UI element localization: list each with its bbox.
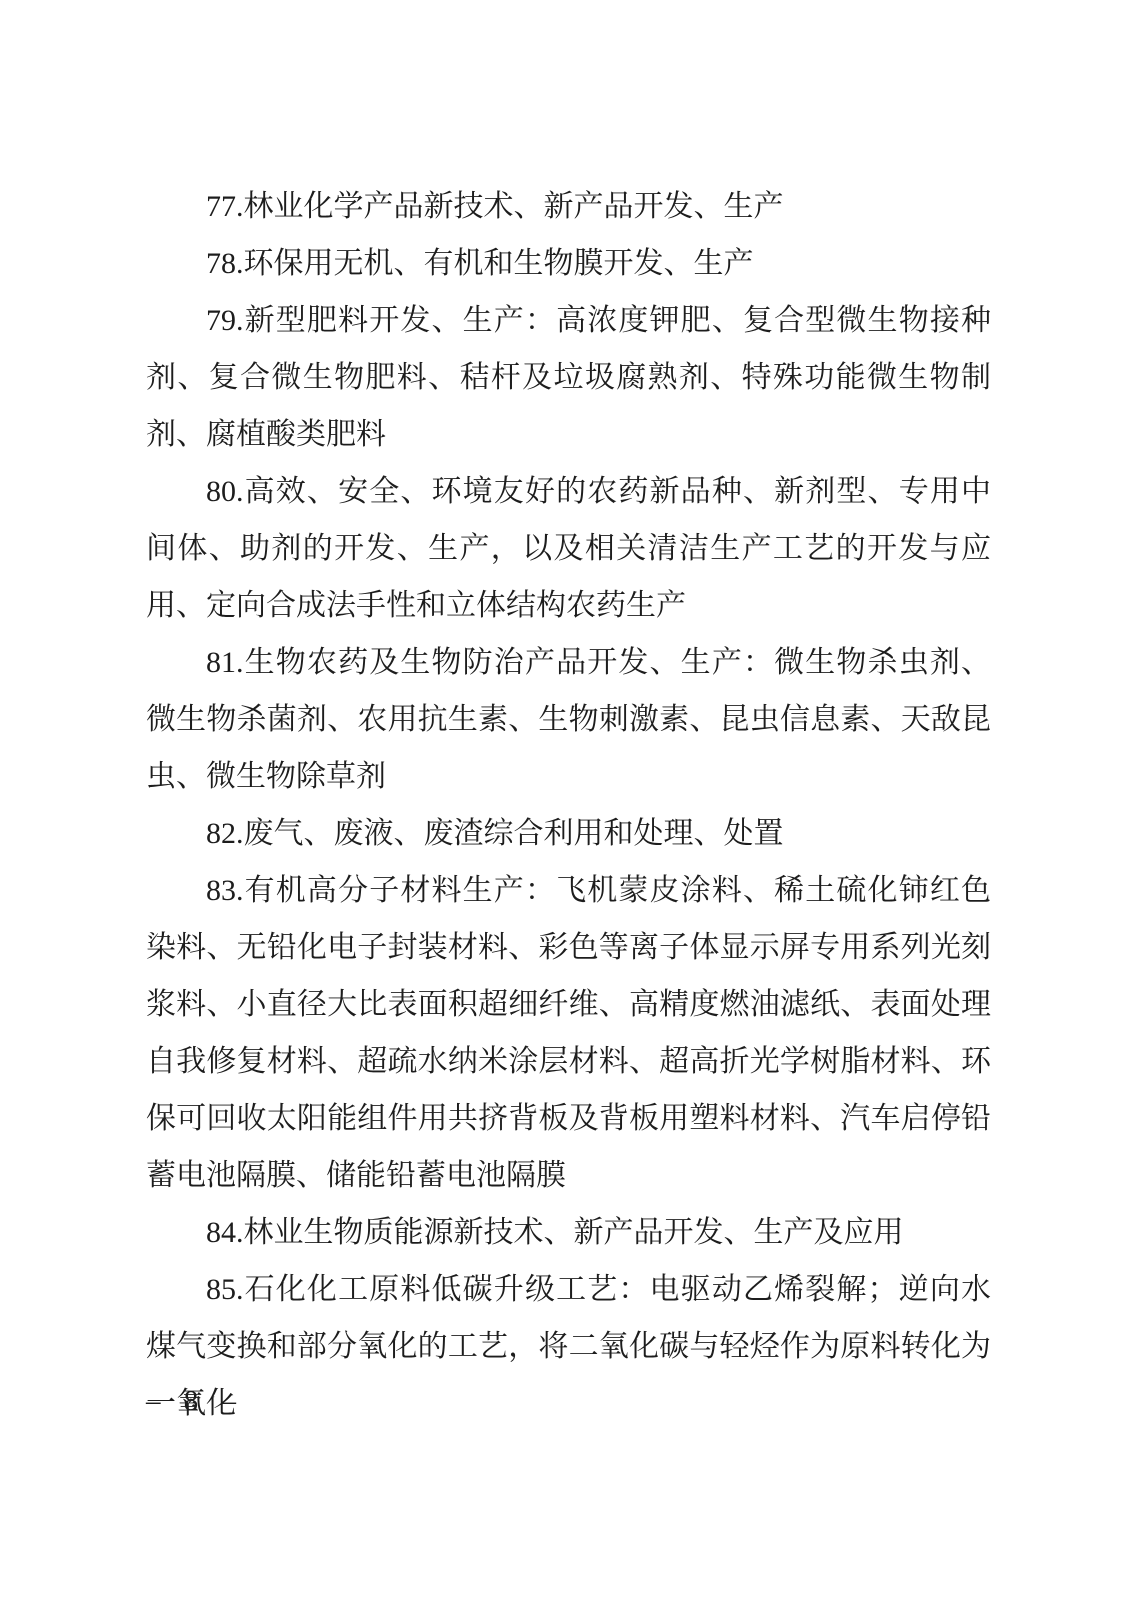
list-item-77: 77.林业化学产品新技术、新产品开发、生产 xyxy=(146,178,991,235)
list-item-82: 82.废气、废液、废渣综合利用和处理、处置 xyxy=(146,805,991,862)
list-item-81: 81.生物农药及生物防治产品开发、生产：微生物杀虫剂、微生物杀菌剂、农用抗生素、… xyxy=(146,634,991,805)
list-item-85: 85.石化化工原料低碳升级工艺：电驱动乙烯裂解；逆向水煤气变换和部分氧化的工艺，… xyxy=(146,1261,991,1432)
list-item-84: 84.林业生物质能源新技术、新产品开发、生产及应用 xyxy=(146,1204,991,1261)
document-body: 77.林业化学产品新技术、新产品开发、生产 78.环保用无机、有机和生物膜开发、… xyxy=(146,178,991,1432)
list-item-83: 83.有机高分子材料生产：飞机蒙皮涂料、稀土硫化铈红色染料、无铅化电子封装材料、… xyxy=(146,862,991,1204)
list-item-78: 78.环保用无机、有机和生物膜开发、生产 xyxy=(146,235,991,292)
page-number: – 8 – xyxy=(146,1385,244,1418)
document-page: 77.林业化学产品新技术、新产品开发、生产 78.环保用无机、有机和生物膜开发、… xyxy=(0,0,1131,1600)
list-item-79: 79.新型肥料开发、生产：高浓度钾肥、复合型微生物接种剂、复合微生物肥料、秸杆及… xyxy=(146,292,991,463)
list-item-80: 80.高效、安全、环境友好的农药新品种、新剂型、专用中间体、助剂的开发、生产，以… xyxy=(146,463,991,634)
